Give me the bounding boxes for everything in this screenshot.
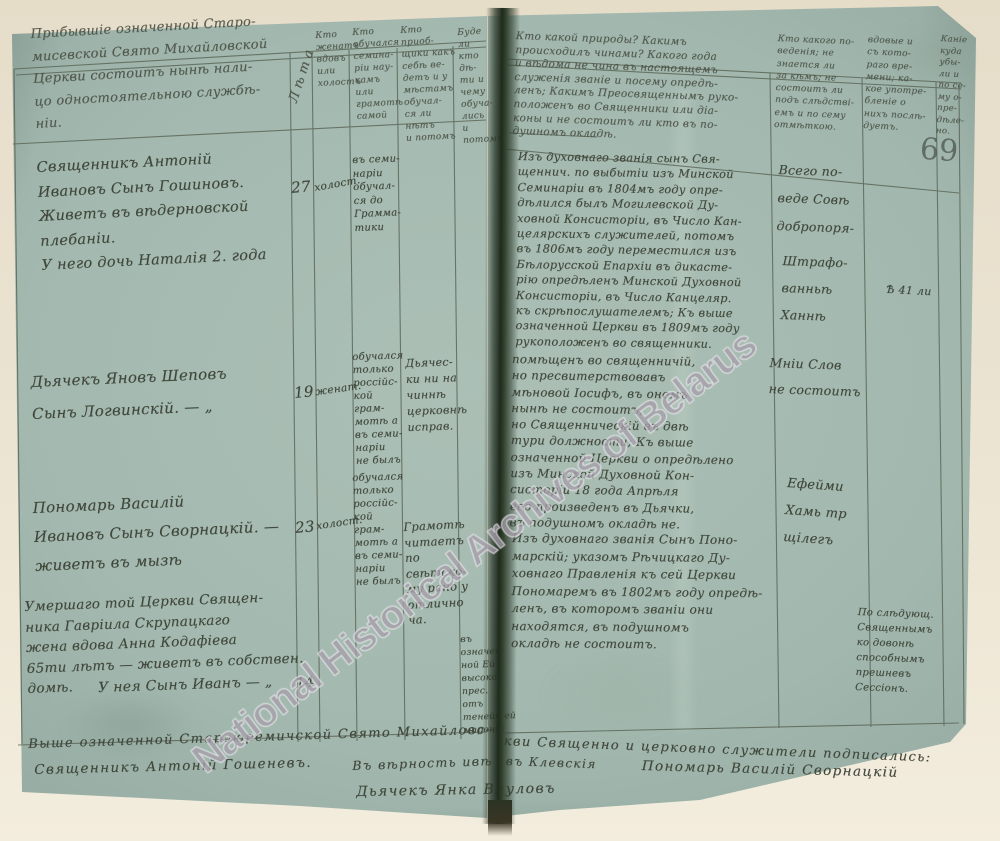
margin-conduct-1: Всего по- веде Совѣ добропоря- <box>776 156 861 243</box>
entry-2-duty: Дьячес- ки ни на чиннѣ церковнѣ исправ. <box>405 354 468 436</box>
entry-4-son-age: 14 <box>295 674 315 692</box>
header-education: Кто обучался семина- ріи нау- камъ или г… <box>352 25 403 123</box>
book-binding <box>482 8 520 824</box>
entry-2-education: обучался только россійс- кой грам- мотѣ … <box>352 349 404 468</box>
record-1: Изъ духовнаго званія сынъ Свя- щеннич. п… <box>515 149 778 353</box>
book-spine-bottom <box>488 800 512 836</box>
margin-conduct-2: Мніи Слов не состоитъ <box>768 350 864 405</box>
header-arrivals: Прибывшіе означенной Старо- мисевской Св… <box>30 9 308 137</box>
margin-departed-note: По слѣдующ. Священнымъ ко довонѣ способн… <box>855 605 938 698</box>
margin-conduct-1b: Штрафо- ванньѣ Ханнѣ <box>780 247 865 331</box>
entry-2-age: 19 <box>293 382 314 402</box>
entry-1-age: 27 <box>290 177 311 197</box>
header-origin: Кто какой природы? Какимъ происходилъ чи… <box>512 30 788 148</box>
entry-2-name: Дьячекъ Яновъ Шеповъ Сынъ Логвинскій. — … <box>30 354 318 430</box>
entry-3-name: Пономарь Василій Ивановъ Сынъ Сворнацкій… <box>32 481 336 581</box>
header-marital: Кто женатъ вдовъ или холостъ <box>315 28 354 90</box>
archival-scan: Прибывшіе означенной Старо- мисевской Св… <box>0 0 1000 841</box>
entry-3-duty: Грамотѣ читаетъ по свѣтско- му рано у от… <box>403 517 471 629</box>
header-widowed: вдовые и съ кото- раго вре- мени; ка- ко… <box>863 34 934 136</box>
header-conduct: Кто какого по- веденія; не знается ли за… <box>774 33 862 135</box>
margin-conduct-3: Ефейми Хамь тр щілегъ <box>782 470 869 557</box>
margin-age-note: Ѣ 41 ли <box>886 283 932 298</box>
record-2: помѣщенъ во священничій, но пресвитерств… <box>509 351 781 534</box>
entry-1-education: въ семи- наріи обучал- ся до Грамма- тик… <box>352 152 405 235</box>
entry-3-education: обучался только россійс- кой грам- мотѣ … <box>352 470 404 589</box>
entry-1-name: Священникъ Антоній Ивановъ Сынъ Гошиновъ… <box>36 142 327 278</box>
record-3: Изъ духовнаго званія Сынъ Поно- марскій;… <box>511 530 784 655</box>
header-duty: Кто приоб- щики какъ себѣ ве- детъ и у м… <box>400 22 460 145</box>
header-departed: Каніе куда убы- ли и по се- му о- пре- д… <box>936 34 975 139</box>
entry-3-age: 23 <box>294 517 315 537</box>
page-number: 69 <box>919 132 960 170</box>
